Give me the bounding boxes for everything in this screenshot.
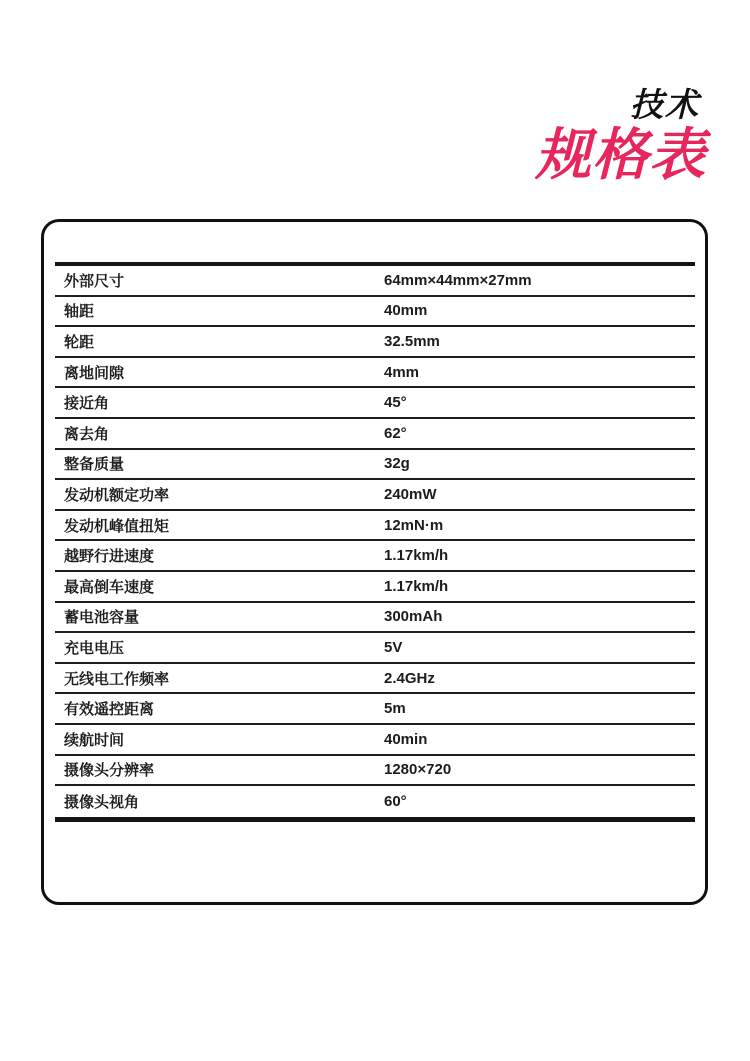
spec-label: 充电电压 — [55, 637, 384, 658]
spec-label: 接近角 — [55, 392, 384, 413]
spec-row: 续航时间 40min — [55, 725, 695, 756]
spec-value: 40mm — [384, 302, 427, 319]
spec-value: 60° — [384, 793, 407, 810]
spec-label: 离去角 — [55, 423, 384, 444]
spec-row: 外部尺寸 64mm×44mm×27mm — [55, 266, 695, 297]
spec-label: 整备质量 — [55, 453, 384, 474]
spec-table: 外部尺寸 64mm×44mm×27mm 轴距 40mm 轮距 32.5mm 离地… — [55, 262, 695, 822]
page-title: 技术 规格表 — [535, 88, 706, 183]
spec-label: 轴距 — [55, 300, 384, 321]
spec-label: 蓄电池容量 — [55, 606, 384, 627]
spec-label: 外部尺寸 — [55, 270, 384, 291]
spec-value: 12mN·m — [384, 517, 443, 534]
page-title-line1: 技术 — [535, 88, 706, 121]
spec-value: 32.5mm — [384, 333, 440, 350]
spec-value: 1.17km/h — [384, 547, 448, 564]
spec-label: 发动机峰值扭矩 — [55, 515, 384, 536]
spec-value: 64mm×44mm×27mm — [384, 272, 532, 289]
spec-row: 发动机峰值扭矩 12mN·m — [55, 511, 695, 542]
spec-label: 续航时间 — [55, 729, 384, 750]
spec-row: 发动机额定功率 240mW — [55, 480, 695, 511]
spec-value: 240mW — [384, 486, 437, 503]
spec-value: 40min — [384, 731, 427, 748]
spec-row: 越野行进速度 1.17km/h — [55, 541, 695, 572]
spec-box: 外部尺寸 64mm×44mm×27mm 轴距 40mm 轮距 32.5mm 离地… — [41, 219, 708, 905]
spec-sheet-page: 技术 规格表 外部尺寸 64mm×44mm×27mm 轴距 40mm 轮距 32… — [0, 0, 750, 1061]
spec-value: 62° — [384, 425, 407, 442]
spec-row: 离去角 62° — [55, 419, 695, 450]
spec-label: 发动机额定功率 — [55, 484, 384, 505]
spec-row: 摄像头分辨率 1280×720 — [55, 756, 695, 787]
spec-value: 1280×720 — [384, 761, 451, 778]
spec-row: 整备质量 32g — [55, 450, 695, 481]
spec-value: 5V — [384, 639, 402, 656]
page-title-line2: 规格表 — [535, 127, 706, 183]
spec-row: 无线电工作频率 2.4GHz — [55, 664, 695, 695]
spec-label: 摄像头视角 — [55, 791, 384, 812]
spec-row: 有效遥控距离 5m — [55, 694, 695, 725]
spec-row: 蓄电池容量 300mAh — [55, 603, 695, 634]
spec-label: 摄像头分辨率 — [55, 759, 384, 780]
spec-label: 无线电工作频率 — [55, 668, 384, 689]
spec-row: 轴距 40mm — [55, 297, 695, 328]
spec-value: 4mm — [384, 364, 419, 381]
spec-value: 300mAh — [384, 608, 442, 625]
spec-row: 最高倒车速度 1.17km/h — [55, 572, 695, 603]
spec-label: 最高倒车速度 — [55, 576, 384, 597]
spec-label: 离地间隙 — [55, 362, 384, 383]
spec-value: 32g — [384, 455, 410, 472]
spec-row: 充电电压 5V — [55, 633, 695, 664]
spec-label: 轮距 — [55, 331, 384, 352]
spec-value: 1.17km/h — [384, 578, 448, 595]
spec-value: 2.4GHz — [384, 670, 435, 687]
spec-row: 离地间隙 4mm — [55, 358, 695, 389]
spec-row: 摄像头视角 60° — [55, 786, 695, 817]
spec-row: 轮距 32.5mm — [55, 327, 695, 358]
spec-value: 5m — [384, 700, 406, 717]
spec-label: 越野行进速度 — [55, 545, 384, 566]
spec-row: 接近角 45° — [55, 388, 695, 419]
spec-value: 45° — [384, 394, 407, 411]
spec-label: 有效遥控距离 — [55, 698, 384, 719]
